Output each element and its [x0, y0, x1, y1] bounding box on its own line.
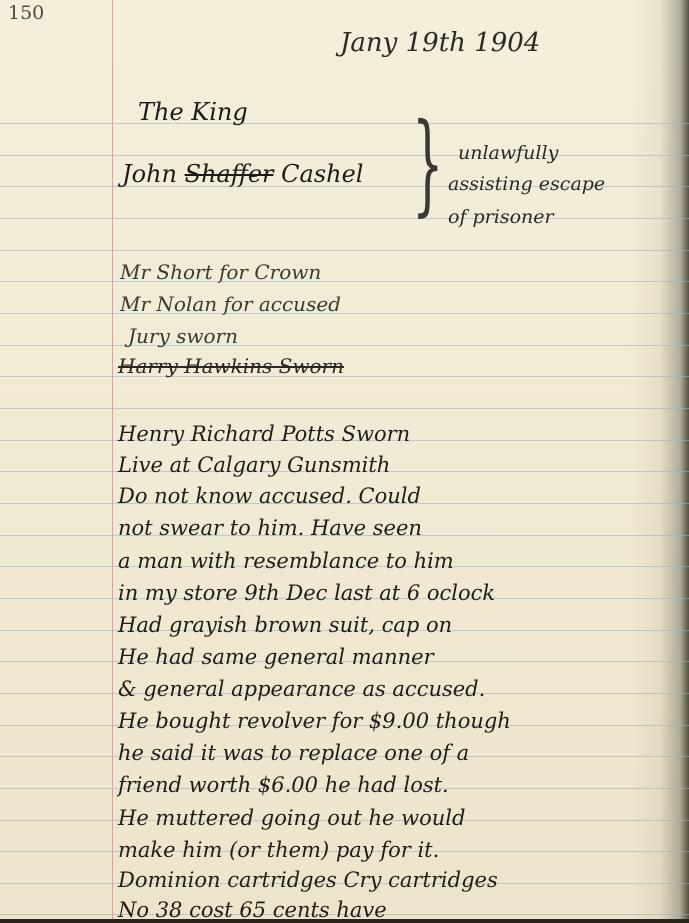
ruled-line — [0, 408, 689, 409]
testimony-line: a man with resemblance to him — [118, 551, 454, 572]
ledger-page: 150 Jany 19th 1904 The King John Shaffer… — [0, 0, 689, 923]
ruled-line — [0, 218, 689, 219]
struck-witness-line: Harry Hawkins Sworn — [118, 356, 344, 376]
testimony-line: Do not know accused. Could — [118, 486, 421, 507]
testimony-line: Dominion cartridges Cry cartridges — [118, 870, 498, 891]
ruled-line — [0, 376, 689, 377]
curly-brace-icon: } — [412, 108, 444, 218]
ruled-line — [0, 250, 689, 251]
testimony-line: in my store 9th Dec last at 6 oclock — [118, 583, 495, 604]
ruled-line — [0, 313, 689, 314]
testimony-line: Henry Richard Potts Sworn — [118, 424, 410, 445]
ruled-line — [0, 155, 689, 156]
testimony-line: He had same general manner — [118, 647, 434, 668]
testimony-line: not swear to him. Have seen — [118, 518, 422, 539]
defendant-last-name: Cashel — [281, 160, 363, 188]
defendant-first-name: John — [122, 160, 177, 188]
testimony-line: & general appearance as accused. — [118, 679, 485, 700]
counsel-accused: Mr Nolan for accused — [120, 294, 341, 314]
page-bottom-edge — [0, 919, 689, 923]
page-number: 150 — [8, 2, 44, 24]
testimony-line: make him (or them) pay for it. — [118, 840, 439, 861]
charge-line: of prisoner — [448, 208, 554, 227]
charge-line: assisting escape — [448, 175, 605, 194]
defendant-struck-name: Shaffer — [185, 160, 274, 188]
plaintiff: The King — [138, 100, 248, 124]
ruled-line — [0, 123, 689, 124]
testimony-line: Had grayish brown suit, cap on — [118, 615, 452, 636]
testimony-line: Live at Calgary Gunsmith — [118, 455, 390, 476]
testimony-line: friend worth $6.00 he had lost. — [118, 775, 449, 796]
counsel-crown: Mr Short for Crown — [120, 262, 321, 282]
defendant: John Shaffer Cashel — [122, 162, 363, 186]
testimony-line: No 38 cost 65 cents have — [118, 900, 387, 921]
margin-line — [112, 0, 113, 923]
testimony-line: he said it was to replace one of a — [118, 743, 469, 764]
testimony-line: He muttered going out he would — [118, 808, 465, 829]
ruled-line — [0, 345, 689, 346]
testimony-line: He bought revolver for $9.00 though — [118, 711, 511, 732]
charge-line: unlawfully — [458, 144, 558, 163]
jury-sworn: Jury sworn — [128, 326, 238, 346]
entry-date: Jany 19th 1904 — [340, 30, 540, 56]
ruled-line — [0, 281, 689, 282]
